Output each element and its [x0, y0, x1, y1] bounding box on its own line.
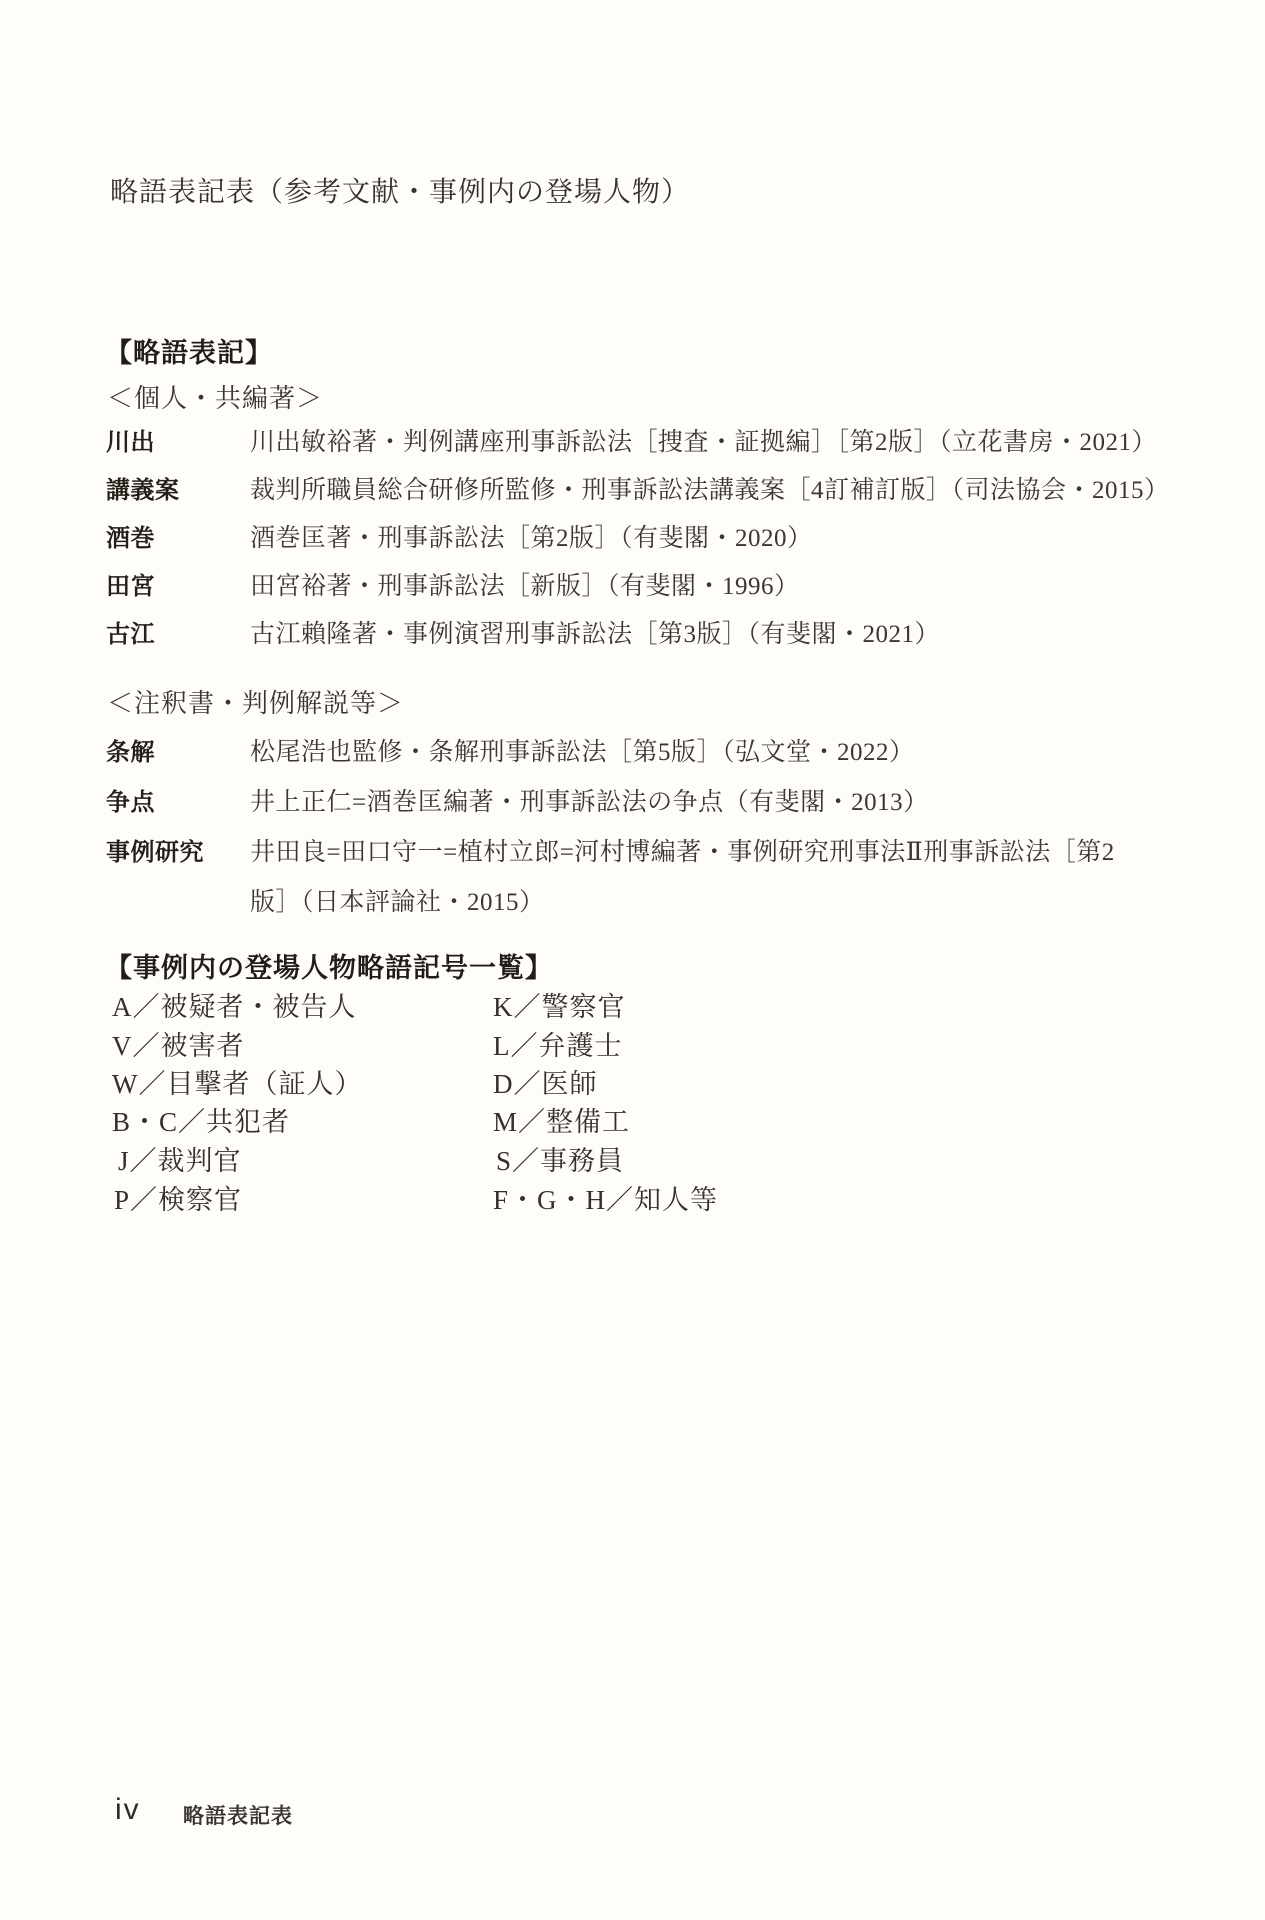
- roster-item: J／裁判官: [118, 1139, 242, 1178]
- roster-heading: 【事例内の登場人物略語記号一覧】: [105, 946, 553, 985]
- abbrev-entry: 古江古江賴隆著・事例演習刑事訴訟法［第3版］（有斐閣・2021）: [106, 614, 940, 650]
- roster-item: B・C／共犯者: [112, 1100, 290, 1139]
- abbrev-definition: 田宮裕著・刑事訴訟法［新版］（有斐閣・1996）: [250, 573, 800, 600]
- abbrev-definition-continued: 版］（日本評論社・2015）: [250, 882, 545, 918]
- page-number: iv: [115, 1793, 141, 1827]
- book-page: 略語表記表（参考文献・事例内の登場人物） 【略語表記】 ＜個人・共編著＞ 川出川…: [0, 0, 1265, 1920]
- abbrev-definition: 井上正仁=酒巻匡編著・刑事訴訟法の争点（有斐閣・2013）: [250, 789, 929, 816]
- authors-group-subheading: ＜個人・共編著＞: [107, 378, 323, 415]
- abbrev-term: 条解: [106, 732, 250, 767]
- roster-item: M／整備工: [493, 1100, 630, 1139]
- abbrev-term: 事例研究: [106, 832, 250, 867]
- roster-item: P／検察官: [114, 1178, 242, 1217]
- page-title: 略語表記表（参考文献・事例内の登場人物）: [110, 170, 690, 210]
- abbrev-definition: 松尾浩也監修・条解刑事訴訟法［第5版］（弘文堂・2022）: [250, 739, 915, 766]
- abbrev-term: 川出: [106, 422, 250, 457]
- roster-item: S／事務員: [496, 1139, 624, 1178]
- roster-item: L／弁護士: [493, 1024, 623, 1063]
- abbrev-term: 古江: [106, 614, 250, 649]
- abbrev-term: 酒巻: [106, 518, 250, 553]
- abbrev-entry: 事例研究井田良=田口守一=植村立郎=河村博編著・事例研究刑事法Ⅱ刑事訴訟法［第2: [106, 832, 1115, 868]
- abbrev-term: 田宮: [106, 566, 250, 601]
- roster-item: F・G・H／知人等: [493, 1178, 718, 1217]
- commentaries-group-subheading: ＜注釈書・判例解説等＞: [107, 683, 404, 720]
- abbrev-term: 講義案: [106, 470, 250, 505]
- abbrev-entry: 酒巻酒巻匡著・刑事訴訟法［第2版］（有斐閣・2020）: [106, 518, 813, 554]
- abbrev-definition: 裁判所職員総合研修所監修・刑事訴訟法講義案［4訂補訂版］（司法協会・2015）: [250, 477, 1170, 504]
- abbrev-definition: 井田良=田口守一=植村立郎=河村博編著・事例研究刑事法Ⅱ刑事訴訟法［第2: [250, 839, 1115, 866]
- roster-item: D／医師: [493, 1062, 598, 1101]
- abbrev-term: 争点: [106, 782, 250, 817]
- roster-item: W／目撃者（証人）: [112, 1062, 362, 1101]
- roster-item: V／被害者: [112, 1024, 245, 1063]
- abbrev-entry: 講義案裁判所職員総合研修所監修・刑事訴訟法講義案［4訂補訂版］（司法協会・201…: [106, 470, 1170, 506]
- abbrev-entry: 条解松尾浩也監修・条解刑事訴訟法［第5版］（弘文堂・2022）: [106, 732, 915, 768]
- abbrev-definition: 川出敏裕著・判例講座刑事訴訟法［捜査・証拠編］［第2版］（立花書房・2021）: [250, 429, 1157, 456]
- abbreviations-heading: 【略語表記】: [105, 331, 273, 370]
- abbrev-definition: 古江賴隆著・事例演習刑事訴訟法［第3版］（有斐閣・2021）: [250, 621, 940, 648]
- abbrev-entry: 田宮田宮裕著・刑事訴訟法［新版］（有斐閣・1996）: [106, 566, 800, 602]
- roster-item: A／被疑者・被告人: [112, 985, 357, 1024]
- running-title: 略語表記表: [183, 1800, 293, 1830]
- abbrev-entry: 川出川出敏裕著・判例講座刑事訴訟法［捜査・証拠編］［第2版］（立花書房・2021…: [106, 422, 1157, 458]
- abbrev-entry: 争点井上正仁=酒巻匡編著・刑事訴訟法の争点（有斐閣・2013）: [106, 782, 929, 818]
- abbrev-definition: 酒巻匡著・刑事訴訟法［第2版］（有斐閣・2020）: [250, 525, 813, 552]
- roster-item: K／警察官: [493, 985, 626, 1024]
